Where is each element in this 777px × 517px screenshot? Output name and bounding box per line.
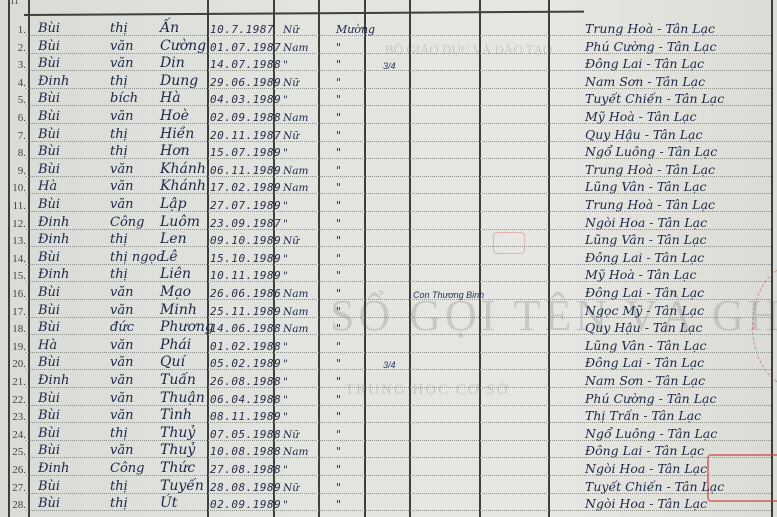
- given-name: Mạo: [160, 284, 191, 300]
- row-number: 18.: [10, 323, 26, 335]
- date-of-birth: 20.11.1987: [210, 129, 281, 142]
- date-of-birth: 01.07.1987: [210, 41, 281, 54]
- middle-name: văn: [110, 197, 133, 212]
- ethnicity: ": [336, 428, 341, 441]
- table-row: 15.ĐinhthịLiên10.11.1989""Mỹ Hoà - Tân L…: [0, 266, 777, 284]
- middle-name: bích: [110, 91, 138, 106]
- ethnicity: ": [336, 357, 341, 370]
- ethnicity: ": [336, 305, 341, 318]
- date-of-birth: 06.11.1989: [210, 164, 281, 177]
- middle-name: thị: [110, 127, 128, 142]
- table-row: 25.BùivănThuỷ10.08.1988Nam"Đông Lai - Tâ…: [0, 442, 777, 460]
- given-name: Cường: [160, 38, 206, 54]
- row-number: 10.: [10, 182, 26, 194]
- middle-name: văn: [110, 285, 133, 300]
- date-of-birth: 26.08.1988: [210, 375, 281, 388]
- middle-name: văn: [110, 338, 133, 353]
- address: Trung Hoà - Tân Lạc: [585, 162, 715, 177]
- address: Đông Lai - Tân Lạc: [585, 250, 704, 265]
- surname: Hà: [38, 338, 57, 353]
- row-number: 1.: [10, 24, 26, 36]
- given-name: Len: [160, 231, 187, 247]
- date-of-birth: 06.04.1988: [210, 393, 281, 406]
- row-number: 23.: [10, 411, 26, 423]
- surname: Bùi: [38, 303, 60, 318]
- gender: ": [283, 376, 288, 388]
- gender: Nam: [283, 446, 308, 458]
- given-name: Phái: [160, 337, 191, 353]
- given-name: Út: [160, 495, 177, 511]
- gender: Nam: [283, 42, 308, 54]
- address: Ngòi Hoa - Tân Lạc: [585, 215, 707, 230]
- row-number: 19.: [10, 341, 26, 353]
- gender: Nam: [283, 182, 308, 194]
- row-number: 6.: [10, 112, 26, 124]
- address: Ngòi Hoa - Tân Lạc: [585, 496, 707, 511]
- note: 3/4: [383, 360, 396, 370]
- surname: Đinh: [38, 373, 69, 388]
- row-number: 20.: [10, 358, 26, 370]
- given-name: Khánh: [160, 161, 206, 177]
- table-row: 28.BùithịÚt02.09.1989""Ngòi Hoa - Tân Lạ…: [0, 495, 777, 513]
- middle-name: thị: [110, 21, 128, 36]
- address: Mỹ Hoà - Tân Lạc: [585, 109, 696, 124]
- ledger-page: BỘ GIÁO DỤC VÀ ĐÀO TẠO SỔ GỌI TÊN VÀ GHI…: [0, 0, 777, 517]
- surname: Bùi: [38, 408, 60, 423]
- middle-name: văn: [110, 56, 133, 71]
- table-row: 4.ĐinhthịDung29.06.1989Nữ"Nam Sơn - Tân …: [0, 73, 777, 91]
- given-name: Lê: [160, 249, 178, 265]
- ethnicity: ": [336, 393, 341, 406]
- given-name: Phương: [160, 319, 214, 335]
- surname: Bùi: [38, 426, 60, 441]
- date-of-birth: 17.02.1989: [210, 181, 281, 194]
- given-name: Tuyến: [160, 478, 204, 494]
- row-number: 2.: [10, 42, 26, 54]
- surname: Đinh: [38, 215, 69, 230]
- given-name: Thuỷ: [160, 442, 195, 458]
- address: Nam Sơn - Tân Lạc: [585, 373, 705, 388]
- given-name: Hiền: [160, 126, 194, 142]
- surname: Bùi: [38, 162, 60, 177]
- ethnicity: ": [336, 181, 341, 194]
- surname: Bùi: [38, 39, 60, 54]
- ethnicity: ": [336, 410, 341, 423]
- table-row: 12.ĐinhCôngLuôm23.09.1987""Ngòi Hoa - Tâ…: [0, 214, 777, 232]
- given-name: Thuỷ: [160, 425, 195, 441]
- table-row: 7.BùithịHiền20.11.1987Nữ"Quy Hậu - Tân L…: [0, 126, 777, 144]
- surname: Bùi: [38, 56, 60, 71]
- gender: ": [283, 270, 288, 282]
- table-row: 8.BùithịHơn15.07.1989""Ngổ Luông - Tân L…: [0, 143, 777, 161]
- row-number: 25.: [10, 446, 26, 458]
- surname: Bùi: [38, 91, 60, 106]
- gender: ": [283, 394, 288, 406]
- given-name: Thuận: [160, 390, 205, 406]
- ethnicity: ": [336, 463, 341, 476]
- ethnicity: ": [336, 234, 341, 247]
- date-of-birth: 01.02.1988: [210, 340, 281, 353]
- date-of-birth: 15.07.1989: [210, 146, 281, 159]
- middle-name: văn: [110, 109, 133, 124]
- date-of-birth: 02.09.1988: [210, 111, 281, 124]
- gender: ": [283, 341, 288, 353]
- middle-name: văn: [110, 391, 133, 406]
- ethnicity: ": [336, 287, 341, 300]
- given-name: Minh: [160, 302, 197, 318]
- surname: Bùi: [38, 443, 60, 458]
- gender: ": [283, 147, 288, 159]
- note: Con Thương Binh: [413, 290, 484, 300]
- table-row: 5.BùibíchHà04.03.1989""Tuyết Chiến - Tân…: [0, 90, 777, 108]
- given-name: Tình: [160, 407, 192, 423]
- ethnicity: ": [336, 58, 341, 71]
- ethnicity: ": [336, 481, 341, 494]
- ethnicity: ": [336, 217, 341, 230]
- row-number: 22.: [10, 394, 26, 406]
- table-row: 16.BùivănMạo26.06.1986Nam"Con Thương Bin…: [0, 284, 777, 302]
- table-row: 13.ĐinhthịLen09.10.1989Nữ"Lũng Vân - Tân…: [0, 231, 777, 249]
- date-of-birth: 14.07.1988: [210, 58, 281, 71]
- gender: ": [283, 218, 288, 230]
- ethnicity: ": [336, 375, 341, 388]
- address: Mỹ Hoà - Tân Lạc: [585, 267, 696, 282]
- address: Nam Sơn - Tân Lạc: [585, 74, 705, 89]
- surname: Bùi: [38, 127, 60, 142]
- given-name: Hoè: [160, 108, 189, 124]
- given-name: Tuấn: [160, 372, 196, 388]
- ethnicity: ": [336, 93, 341, 106]
- row-number: 7.: [10, 130, 26, 142]
- date-of-birth: 09.10.1989: [210, 234, 281, 247]
- gender: Nữ: [283, 235, 299, 247]
- middle-name: thị: [110, 267, 128, 282]
- table-row: 21.ĐinhvănTuấn26.08.1988""Nam Sơn - Tân …: [0, 372, 777, 390]
- row-number: 5.: [10, 94, 26, 106]
- ethnicity: Mường: [336, 23, 375, 36]
- gender: ": [283, 464, 288, 476]
- middle-name: văn: [110, 162, 133, 177]
- table-row: 6.BùivănHoè02.09.1988Nam"Mỹ Hoà - Tân Lạ…: [0, 108, 777, 126]
- surname: Bùi: [38, 496, 60, 511]
- middle-name: thị: [110, 426, 128, 441]
- table-row: 2.BùivănCường01.07.1987Nam"Phú Cường - T…: [0, 38, 777, 56]
- date-of-birth: 10.7.1987: [210, 23, 274, 36]
- given-name: Dung: [160, 73, 198, 89]
- ethnicity: ": [336, 498, 341, 511]
- gender: ": [283, 94, 288, 106]
- date-of-birth: 26.06.1986: [210, 287, 281, 300]
- ethnicity: ": [336, 111, 341, 124]
- given-name: Quí: [160, 354, 185, 370]
- row-number: 4.: [10, 77, 26, 89]
- given-name: Din: [160, 55, 185, 71]
- table-row: 3.BùivănDin14.07.1988""3/4Đông Lai - Tân…: [0, 55, 777, 73]
- address: Quy Hậu - Tân Lạc: [585, 127, 703, 142]
- table-row: 1.BùithịẤn10.7.1987NữMườngTrung Hoà - Tâ…: [0, 20, 777, 38]
- surname: Đinh: [38, 232, 69, 247]
- address: Đông Lai - Tân Lạc: [585, 56, 704, 71]
- note: 3/4: [383, 61, 396, 71]
- gender: Nữ: [283, 429, 299, 441]
- row-number: 17.: [10, 306, 26, 318]
- address: Đông Lai - Tân Lạc: [585, 355, 704, 370]
- given-name: Hơn: [160, 143, 190, 159]
- address: Lũng Vân - Tân Lạc: [585, 338, 707, 353]
- ethnicity: ": [336, 146, 341, 159]
- row-number: 21.: [10, 376, 26, 388]
- gender: ": [283, 499, 288, 511]
- date-of-birth: 07.05.1988: [210, 428, 281, 441]
- date-of-birth: 27.07.1989: [210, 199, 281, 212]
- table-row: 17.BùivănMinh25.11.1989Nam"Ngọc Mỹ - Tân…: [0, 302, 777, 320]
- middle-name: văn: [110, 443, 133, 458]
- surname: Đinh: [38, 74, 69, 89]
- address: Tuyết Chiến - Tân Lạc: [585, 91, 724, 106]
- ethnicity: ": [336, 445, 341, 458]
- gender: Nam: [283, 288, 308, 300]
- date-of-birth: 15.10.1989: [210, 252, 281, 265]
- ethnicity: ": [336, 76, 341, 89]
- address: Ngòi Hoa - Tân Lạc: [585, 461, 707, 476]
- address: Ngọc Mỹ - Tân Lạc: [585, 303, 704, 318]
- middle-name: thị ngọc: [110, 250, 164, 265]
- middle-name: Công: [110, 461, 144, 476]
- table-row: 9.BùivănKhánh06.11.1989Nam"Trung Hoà - T…: [0, 161, 777, 179]
- address: Lũng Vân - Tân Lạc: [585, 232, 707, 247]
- address: Quy Hậu - Tân Lạc: [585, 320, 703, 335]
- surname: Bùi: [38, 197, 60, 212]
- given-name: Liên: [160, 266, 191, 282]
- ethnicity: ": [336, 164, 341, 177]
- row-number: 24.: [10, 429, 26, 441]
- date-of-birth: 10.11.1989: [210, 269, 281, 282]
- gender: Nam: [283, 112, 308, 124]
- middle-name: văn: [110, 373, 133, 388]
- date-of-birth: 05.02.1989: [210, 357, 281, 370]
- address: Thị Trấn - Tân Lạc: [585, 408, 701, 423]
- row-number: 9.: [10, 165, 26, 177]
- surname: Bùi: [38, 479, 60, 494]
- table-row: 22.BùivănThuận06.04.1988""Phú Cường - Tâ…: [0, 390, 777, 408]
- gender: ": [283, 59, 288, 71]
- header-row-number: 11: [10, 0, 19, 6]
- address: Trung Hoà - Tân Lạc: [585, 197, 715, 212]
- ethnicity: ": [336, 199, 341, 212]
- gender: Nữ: [283, 77, 299, 89]
- gender: Nam: [283, 323, 308, 335]
- middle-name: văn: [110, 408, 133, 423]
- table-row: 14.Bùithị ngọcLê15.10.1989""Đông Lai - T…: [0, 249, 777, 267]
- middle-name: đức: [110, 320, 134, 335]
- gender: Nam: [283, 165, 308, 177]
- middle-name: thị: [110, 74, 128, 89]
- surname: Bùi: [38, 21, 60, 36]
- row-number: 26.: [10, 464, 26, 476]
- date-of-birth: 23.09.1987: [210, 217, 281, 230]
- table-row: 23.BùivănTình08.11.1989""Thị Trấn - Tân …: [0, 407, 777, 425]
- surname: Bùi: [38, 109, 60, 124]
- header-divider: [24, 11, 584, 16]
- date-of-birth: 08.11.1989: [210, 410, 281, 423]
- date-of-birth: 28.08.1989: [210, 481, 281, 494]
- address: Đông Lai - Tân Lạc: [585, 285, 704, 300]
- date-of-birth: 14.06.1988: [210, 322, 281, 335]
- date-of-birth: 10.08.1988: [210, 445, 281, 458]
- ethnicity: ": [336, 340, 341, 353]
- address: Đông Lai - Tân Lạc: [585, 443, 704, 458]
- surname: Đinh: [38, 267, 69, 282]
- gender: Nữ: [283, 130, 299, 142]
- surname: Bùi: [38, 320, 60, 335]
- ethnicity: ": [336, 129, 341, 142]
- ethnicity: ": [336, 269, 341, 282]
- row-number: 3.: [10, 59, 26, 71]
- gender: ": [283, 358, 288, 370]
- address: Phú Cường - Tân Lạc: [585, 391, 716, 406]
- table-row: 27.BùithịTuyến28.08.1989Nữ"Tuyết Chiến -…: [0, 478, 777, 496]
- date-of-birth: 04.03.1989: [210, 93, 281, 106]
- gender: Nữ: [283, 24, 299, 36]
- surname: Đinh: [38, 461, 69, 476]
- ethnicity: ": [336, 322, 341, 335]
- row-number: 12.: [10, 218, 26, 230]
- address: Ngổ Luông - Tân Lạc: [585, 426, 717, 441]
- ethnicity: ": [336, 41, 341, 54]
- row-number: 13.: [10, 235, 26, 247]
- date-of-birth: 02.09.1989: [210, 498, 281, 511]
- middle-name: văn: [110, 179, 133, 194]
- date-of-birth: 27.08.1988: [210, 463, 281, 476]
- date-of-birth: 25.11.1989: [210, 305, 281, 318]
- given-name: Luôm: [160, 214, 200, 230]
- surname: Bùi: [38, 250, 60, 265]
- surname: Bùi: [38, 144, 60, 159]
- middle-name: thị: [110, 232, 128, 247]
- row-number: 28.: [10, 499, 26, 511]
- table-row: 26.ĐinhCôngThức27.08.1988""Ngòi Hoa - Tâ…: [0, 460, 777, 478]
- table-row: 18.BùiđứcPhương14.06.1988Nam"Quy Hậu - T…: [0, 319, 777, 337]
- given-name: Khánh: [160, 178, 206, 194]
- given-name: Ấn: [160, 20, 179, 36]
- date-of-birth: 29.06.1989: [210, 76, 281, 89]
- table-row: 20.BùivănQuí05.02.1989""3/4Đông Lai - Tâ…: [0, 354, 777, 372]
- address: Tuyết Chiến - Tân Lạc: [585, 479, 724, 494]
- table-row: 11.BùivănLập27.07.1989""Trung Hoà - Tân …: [0, 196, 777, 214]
- row-number: 27.: [10, 482, 26, 494]
- gender: ": [283, 253, 288, 265]
- surname: Bùi: [38, 355, 60, 370]
- row-number: 11.: [10, 200, 26, 212]
- row-number: 8.: [10, 147, 26, 159]
- address: Phú Cường - Tân Lạc: [585, 39, 716, 54]
- given-name: Hà: [160, 90, 181, 106]
- middle-name: văn: [110, 303, 133, 318]
- address: Trung Hoà - Tân Lạc: [585, 21, 715, 36]
- middle-name: thị: [110, 144, 128, 159]
- table-row: 10.HàvănKhánh17.02.1989Nam"Lũng Vân - Tâ…: [0, 178, 777, 196]
- surname: Hà: [38, 179, 57, 194]
- row-number: 15.: [10, 270, 26, 282]
- row-number: 14.: [10, 253, 26, 265]
- address: Ngổ Luông - Tân Lạc: [585, 144, 717, 159]
- middle-name: văn: [110, 355, 133, 370]
- ethnicity: ": [336, 252, 341, 265]
- row-number: 16.: [10, 288, 26, 300]
- gender: Nam: [283, 306, 308, 318]
- middle-name: thị: [110, 479, 128, 494]
- gender: Nữ: [283, 482, 299, 494]
- table-row: 24.BùithịThuỷ07.05.1988Nữ"Ngổ Luông - Tâ…: [0, 425, 777, 443]
- given-name: Lập: [160, 196, 187, 212]
- surname: Bùi: [38, 285, 60, 300]
- address: Lũng Vân - Tân Lạc: [585, 179, 707, 194]
- middle-name: thị: [110, 496, 128, 511]
- gender: ": [283, 411, 288, 423]
- table-row: 19.HàvănPhái01.02.1988""Lũng Vân - Tân L…: [0, 337, 777, 355]
- middle-name: văn: [110, 39, 133, 54]
- gender: ": [283, 200, 288, 212]
- middle-name: Công: [110, 215, 144, 230]
- given-name: Thức: [160, 460, 195, 476]
- surname: Bùi: [38, 391, 60, 406]
